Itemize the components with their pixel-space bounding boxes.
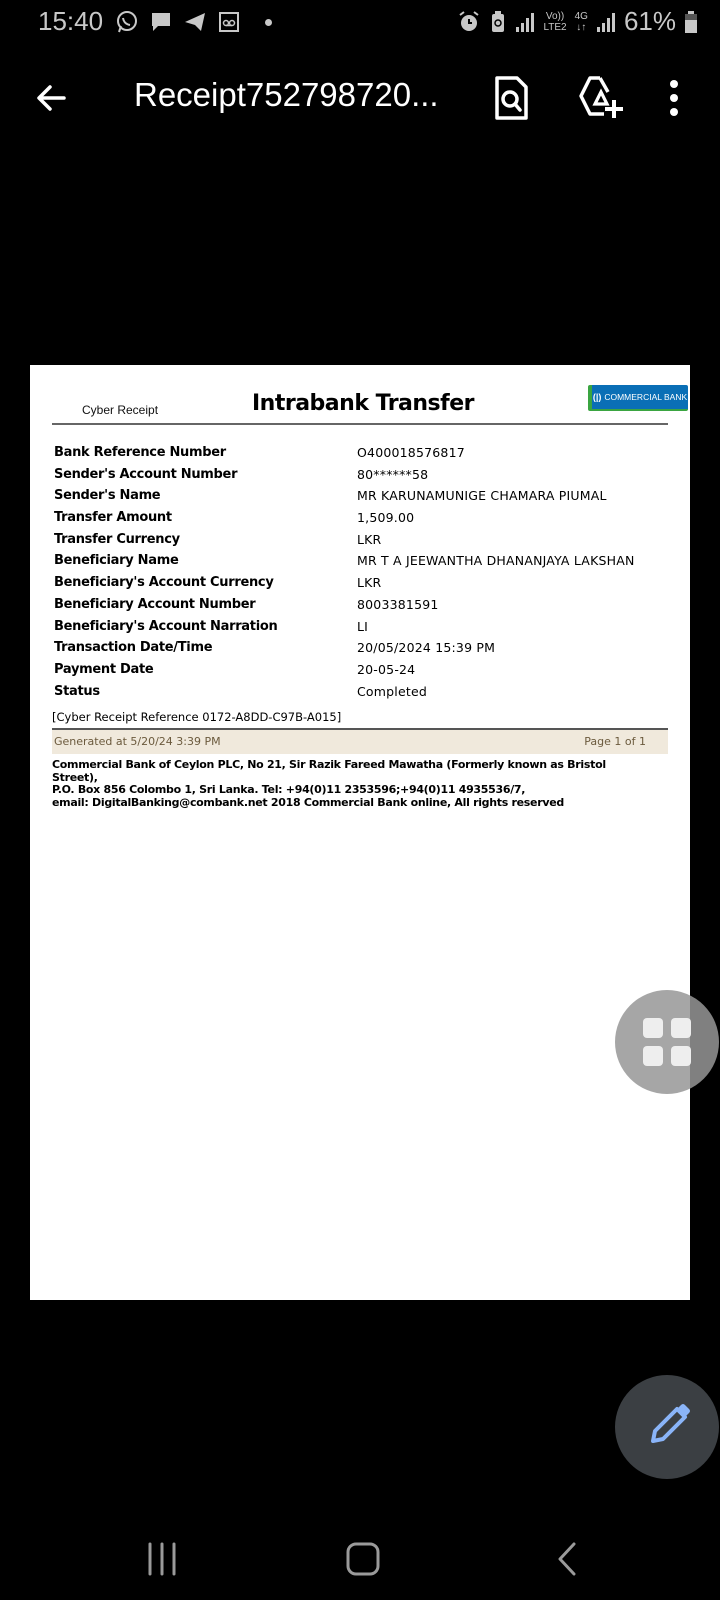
receipt-field-row: Transaction Date/Time20/05/2024 15:39 PM xyxy=(54,640,674,662)
signal-icon xyxy=(515,11,535,33)
bank-logo-text: COMMERCIAL BANK xyxy=(604,392,687,402)
more-vert-icon xyxy=(662,76,686,120)
field-value: LI xyxy=(357,619,368,634)
field-label: Sender's Name xyxy=(54,488,160,503)
battery-percent: 61% xyxy=(624,6,676,37)
receipt-field-row: Sender's NameMR KARUNAMUNIGE CHAMARA PIU… xyxy=(54,488,674,510)
receipt-field-row: Beneficiary NameMR T A JEEWANTHA DHANANJ… xyxy=(54,553,674,575)
network-label: 4G xyxy=(575,11,588,22)
status-bar: 15:40 Vo))LTE2 4G↓↑ 61% xyxy=(0,0,720,46)
field-label: Transaction Date/Time xyxy=(54,640,212,655)
back-button[interactable] xyxy=(30,76,74,120)
receipt-field-row: Transfer Amount1,509.00 xyxy=(54,510,674,532)
commercial-bank-logo: (|) COMMERCIAL BANK xyxy=(588,385,688,411)
receipt-field-row: Beneficiary Account Number8003381591 xyxy=(54,597,674,619)
dot-icon xyxy=(265,19,272,26)
system-icons: Vo))LTE2 4G↓↑ 61% xyxy=(457,6,698,37)
receipt-field-row: Transfer CurrencyLKR xyxy=(54,532,674,554)
receipt-fields: Bank Reference NumberO400018576817Sender… xyxy=(54,445,674,705)
field-label: Beneficiary's Account Currency xyxy=(54,575,274,590)
search-document-icon xyxy=(488,74,534,122)
receipt-field-row: Beneficiary's Account CurrencyLKR xyxy=(54,575,674,597)
field-value: 80******58 xyxy=(357,467,428,482)
cyber-receipt-label: Cyber Receipt xyxy=(82,403,158,417)
volte-label: Vo)) xyxy=(543,11,566,22)
field-value: MR T A JEEWANTHA DHANANJAYA LAKSHAN xyxy=(357,553,635,568)
more-options-button[interactable] xyxy=(662,76,686,120)
recents-button[interactable] xyxy=(146,1542,180,1576)
pdf-page[interactable]: Cyber Receipt Intrabank Transfer (|) COM… xyxy=(30,365,690,1300)
field-value: LKR xyxy=(357,532,381,547)
telegram-icon xyxy=(183,10,207,34)
field-label: Beneficiary's Account Narration xyxy=(54,619,277,634)
field-value: Completed xyxy=(357,684,427,699)
document-title: Receipt752798720... xyxy=(134,76,439,114)
4g-data-icon: 4G↓↑ xyxy=(575,11,588,33)
receipt-header: Cyber Receipt Intrabank Transfer (|) COM… xyxy=(52,385,668,425)
recents-icon xyxy=(146,1542,180,1576)
edit-floating-button[interactable] xyxy=(615,1375,719,1479)
field-value: 1,509.00 xyxy=(357,510,414,525)
home-icon xyxy=(346,1542,380,1576)
address-line: P.O. Box 856 Colombo 1, Sri Lanka. Tel: … xyxy=(52,784,652,797)
status-time: 15:40 xyxy=(38,6,103,37)
voicemail-icon xyxy=(217,10,241,34)
bank-address: Commercial Bank of Ceylon PLC, No 21, Si… xyxy=(52,759,652,809)
drive-add-icon xyxy=(578,74,624,122)
lte-label: LTE2 xyxy=(543,22,566,33)
volte-lte2-icon: Vo))LTE2 xyxy=(543,11,566,33)
field-value: O400018576817 xyxy=(357,445,465,460)
field-label: Sender's Account Number xyxy=(54,467,237,482)
field-value: 8003381591 xyxy=(357,597,439,612)
signal-icon xyxy=(596,11,616,33)
field-value: 20/05/2024 15:39 PM xyxy=(357,640,495,655)
receipt-field-row: Payment Date20-05-24 xyxy=(54,662,674,684)
receipt-title: Intrabank Transfer xyxy=(252,391,474,416)
field-label: Status xyxy=(54,684,100,699)
field-value: 20-05-24 xyxy=(357,662,415,677)
alarm-icon xyxy=(457,10,481,34)
whatsapp-icon xyxy=(115,10,139,34)
home-button[interactable] xyxy=(346,1542,380,1576)
pencil-icon xyxy=(615,1375,719,1479)
apps-floating-button[interactable] xyxy=(615,990,719,1094)
field-label: Beneficiary Account Number xyxy=(54,597,255,612)
receipt-footer-bar: Generated at 5/20/24 3:39 PM Page 1 of 1 xyxy=(52,728,668,754)
message-icon xyxy=(149,10,173,34)
add-to-drive-button[interactable] xyxy=(578,74,624,122)
system-nav-bar xyxy=(0,1530,720,1600)
page-info: Page 1 of 1 xyxy=(584,735,646,748)
arrow-left-icon xyxy=(30,76,74,120)
field-label: Transfer Currency xyxy=(54,532,180,547)
field-value: MR KARUNAMUNIGE CHAMARA PIUMAL xyxy=(357,488,607,503)
receipt-field-row: StatusCompleted xyxy=(54,684,674,706)
battery-saver-icon xyxy=(489,10,507,34)
app-bar: Receipt752798720... xyxy=(0,62,720,132)
field-label: Bank Reference Number xyxy=(54,445,226,460)
address-line: Commercial Bank of Ceylon PLC, No 21, Si… xyxy=(52,759,652,784)
field-label: Payment Date xyxy=(54,662,153,677)
receipt-field-row: Bank Reference NumberO400018576817 xyxy=(54,445,674,467)
notification-icons xyxy=(115,10,272,34)
receipt-field-row: Sender's Account Number80******58 xyxy=(54,467,674,489)
nav-back-button[interactable] xyxy=(552,1542,582,1576)
field-label: Beneficiary Name xyxy=(54,553,178,568)
back-icon xyxy=(552,1542,582,1576)
data-arrows-icon: ↓↑ xyxy=(575,22,588,33)
field-value: LKR xyxy=(357,575,381,590)
address-line: email: DigitalBanking@combank.net 2018 C… xyxy=(52,797,652,810)
field-label: Transfer Amount xyxy=(54,510,172,525)
battery-icon xyxy=(684,10,698,34)
bank-logo-mark-icon: (|) xyxy=(593,392,602,402)
find-in-document-button[interactable] xyxy=(488,74,534,122)
receipt-field-row: Beneficiary's Account NarrationLI xyxy=(54,619,674,641)
generated-at: Generated at 5/20/24 3:39 PM xyxy=(54,735,221,748)
cyber-receipt-reference: [Cyber Receipt Reference 0172-A8DD-C97B-… xyxy=(52,710,341,724)
